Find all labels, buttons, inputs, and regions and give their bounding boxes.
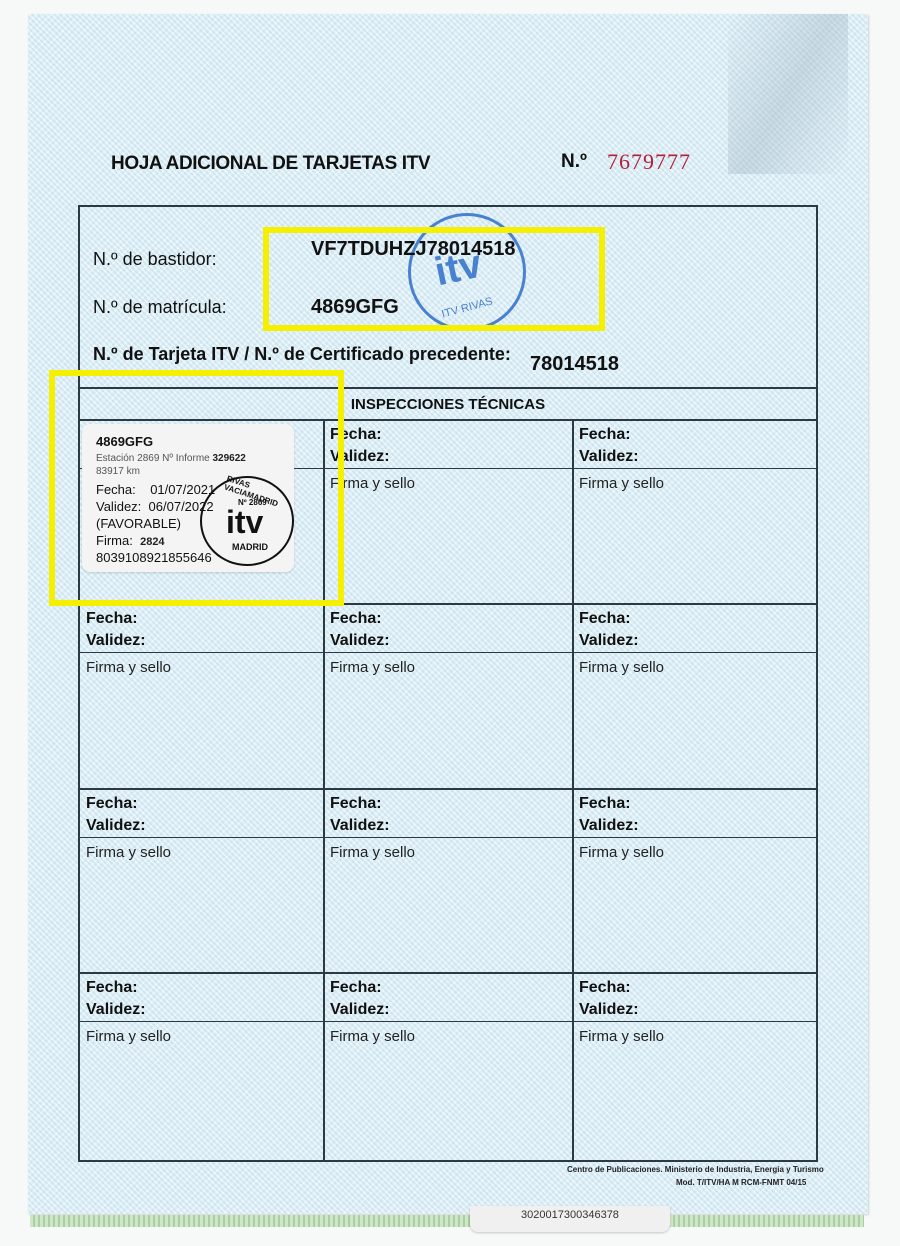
divider xyxy=(573,652,816,653)
inspection-cell: Fecha:Validez:Firma y sello xyxy=(573,604,816,788)
previous-card-label: N.º de Tarjeta ITV / N.º de Certificado … xyxy=(93,344,511,365)
document-number-label: N.º xyxy=(561,151,587,173)
validez-label: Validez: xyxy=(579,448,639,466)
inspection-cell: Fecha:Validez:Firma y sello xyxy=(573,973,816,1157)
inspection-cell: Fecha:Validez:Firma y sello xyxy=(324,420,572,604)
divider xyxy=(573,468,816,469)
highlight-box-sticker xyxy=(49,370,344,606)
bottom-label: 3020017300346378 xyxy=(470,1206,670,1232)
divider xyxy=(80,837,323,838)
validez-label: Validez: xyxy=(579,632,639,650)
footer-model: Mod. T/ITV/HA M RCM-FNMT 04/15 xyxy=(676,1178,806,1187)
validez-label: Validez: xyxy=(86,632,146,650)
divider xyxy=(573,1021,816,1022)
validez-label: Validez: xyxy=(330,817,390,835)
fecha-label: Fecha: xyxy=(86,795,138,813)
fecha-label: Fecha: xyxy=(330,795,382,813)
fecha-label: Fecha: xyxy=(579,426,631,444)
plate-label: N.º de matrícula: xyxy=(93,297,227,318)
fecha-label: Fecha: xyxy=(579,610,631,628)
validez-label: Validez: xyxy=(330,632,390,650)
divider xyxy=(573,837,816,838)
validez-label: Validez: xyxy=(579,817,639,835)
firma-label: Firma y sello xyxy=(579,659,664,676)
validez-label: Validez: xyxy=(86,1001,146,1019)
fecha-label: Fecha: xyxy=(86,979,138,997)
inspection-cell: Fecha:Validez:Firma y sello xyxy=(80,604,323,788)
validez-label: Validez: xyxy=(86,817,146,835)
document-number: 7679777 xyxy=(607,149,691,175)
inspection-cell: Fecha:Validez:Firma y sello xyxy=(80,789,323,973)
firma-label: Firma y sello xyxy=(330,1028,415,1045)
validez-label: Validez: xyxy=(330,1001,390,1019)
divider xyxy=(80,652,323,653)
inspection-cell: Fecha:Validez:Firma y sello xyxy=(324,973,572,1157)
firma-label: Firma y sello xyxy=(86,659,171,676)
divider xyxy=(324,1021,572,1022)
divider xyxy=(80,1021,323,1022)
divider xyxy=(324,468,572,469)
fecha-label: Fecha: xyxy=(330,979,382,997)
bottom-security-strip xyxy=(30,1215,864,1227)
inspection-cell: Fecha:Validez:Firma y sello xyxy=(573,420,816,604)
previous-card-value: 78014518 xyxy=(530,353,619,376)
validez-label: Validez: xyxy=(579,1001,639,1019)
fecha-label: Fecha: xyxy=(330,610,382,628)
highlight-box-vehicle xyxy=(263,227,605,331)
inspection-cell: Fecha:Validez:Firma y sello xyxy=(80,973,323,1157)
firma-label: Firma y sello xyxy=(330,659,415,676)
inspection-cell: Fecha:Validez:Firma y sello xyxy=(324,789,572,973)
firma-label: Firma y sello xyxy=(330,844,415,861)
firma-label: Firma y sello xyxy=(86,1028,171,1045)
firma-label: Firma y sello xyxy=(579,1028,664,1045)
inspection-cell: Fecha:Validez:Firma y sello xyxy=(324,604,572,788)
fecha-label: Fecha: xyxy=(579,979,631,997)
document-title: HOJA ADICIONAL DE TARJETAS ITV xyxy=(111,153,430,175)
firma-label: Firma y sello xyxy=(579,475,664,492)
chassis-label: N.º de bastidor: xyxy=(93,249,217,270)
firma-label: Firma y sello xyxy=(86,844,171,861)
fecha-label: Fecha: xyxy=(86,610,138,628)
divider xyxy=(324,652,572,653)
footer-publisher: Centro de Publicaciones. Ministerio de I… xyxy=(567,1165,824,1174)
fecha-label: Fecha: xyxy=(579,795,631,813)
firma-label: Firma y sello xyxy=(579,844,664,861)
inspection-cell: Fecha:Validez:Firma y sello xyxy=(573,789,816,973)
divider xyxy=(324,837,572,838)
